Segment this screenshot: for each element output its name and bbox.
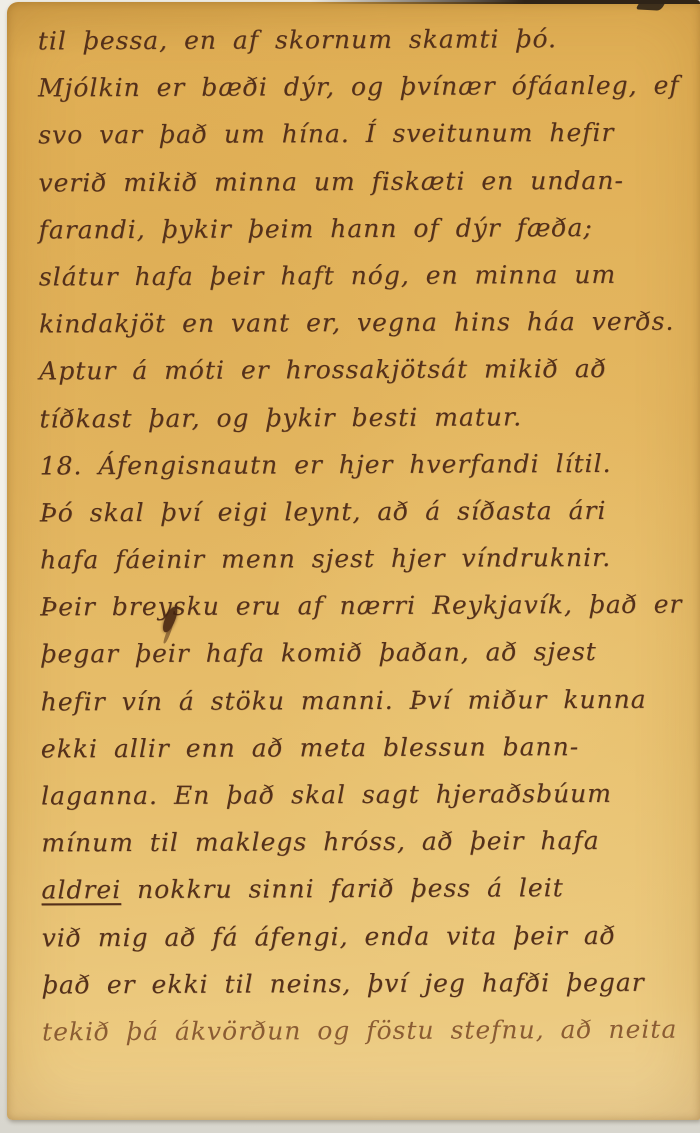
- handwritten-line: ekki allir enn að meta blessun bann-: [41, 731, 696, 781]
- handwritten-line: tíðkast þar, og þykir besti matur.: [39, 401, 694, 451]
- handwritten-line: mínum til maklegs hróss, að þeir hafa: [41, 826, 696, 876]
- handwritten-line: aldrei nokkru sinni farið þess á leit: [41, 873, 696, 923]
- handwritten-line-faded: tekið þá ákvörðun og föstu stefnu, að ne…: [42, 1015, 697, 1065]
- handwritten-line: laganna. En það skal sagt hjeraðsbúum: [41, 779, 696, 829]
- handwritten-line: verið mikið minna um fiskæti en undan-: [38, 165, 693, 215]
- handwritten-line: til þessa, en af skornum skamti þó.: [38, 24, 693, 74]
- handwritten-line: við mig að fá áfengi, enda vita þeir að: [42, 920, 697, 970]
- handwritten-line: þegar þeir hafa komið þaðan, að sjest: [40, 637, 695, 687]
- handwritten-line: Þeir breysku eru af nærri Reykjavík, það…: [40, 590, 695, 640]
- handwritten-line: farandi, þykir þeim hann of dýr fæða;: [39, 212, 694, 262]
- handwritten-line: Aptur á móti er hrossakjötsát mikið að: [39, 354, 694, 404]
- handwritten-line: hafa fáeinir menn sjest hjer víndruknir.: [40, 543, 695, 593]
- scanned-document: til þessa, en af skornum skamti þó. Mjól…: [0, 0, 700, 1133]
- handwritten-line: svo var það um hína. Í sveitunum hefir: [38, 118, 693, 168]
- manuscript-page: til þessa, en af skornum skamti þó. Mjól…: [7, 2, 700, 1120]
- underlined-word-aldrei: aldrei: [41, 875, 121, 904]
- handwritten-line: hefir vín á stöku manni. Því miður kunna: [41, 684, 696, 734]
- handwritten-text-block: til þessa, en af skornum skamti þó. Mjól…: [38, 24, 698, 1065]
- handwritten-line-entry-18: 18. Áfengisnautn er hjer hverfandi lítil…: [40, 448, 695, 498]
- handwritten-line: kindakjöt en vant er, vegna hins háa ver…: [39, 307, 694, 357]
- line-continuation: nokkru sinni farið þess á leit: [121, 874, 564, 905]
- handwritten-line: Mjólkin er bæði dýr, og þvínær ófáanleg,…: [38, 71, 693, 121]
- handwritten-line: það er ekki til neins, því jeg hafði þeg…: [42, 967, 697, 1017]
- handwritten-line: slátur hafa þeir haft nóg, en minna um: [39, 260, 694, 310]
- handwritten-line: Þó skal því eigi leynt, að á síðasta ári: [40, 495, 695, 545]
